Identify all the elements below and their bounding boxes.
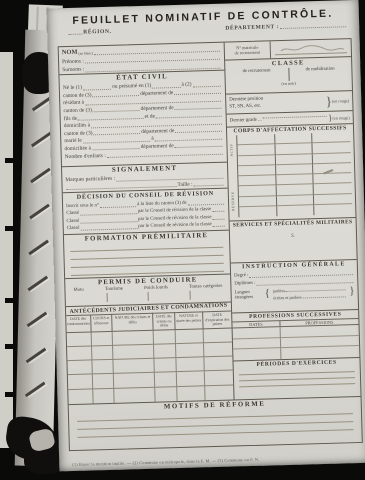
table-cell (154, 344, 176, 359)
matricule-value-area (271, 39, 351, 58)
binding-notch (5, 226, 16, 231)
field-line (71, 263, 224, 268)
stitch-mark (27, 312, 47, 327)
table-cell (67, 346, 92, 361)
periodes-section: PÉRIODES D'EXERCICES (234, 358, 361, 400)
par-conseil-label: par le Conseil de révision de la classe (138, 224, 212, 231)
classe-label: Classé (67, 227, 80, 232)
table-cell (190, 290, 231, 300)
table-cell (314, 204, 352, 215)
page-edge-strip (0, 52, 13, 448)
nombre-enfants-label: Nombre d'enfants : (65, 154, 106, 161)
domicilies-label: domiciliés à (64, 124, 90, 130)
binding-notch (5, 344, 16, 349)
table-cell (155, 373, 177, 388)
surnoms-label: Surnoms : (62, 68, 84, 74)
table-cell (107, 292, 149, 302)
classe-mobilisation-label: de mobilisation (289, 66, 352, 73)
permis-cat-poids-lourds: Poids lourds (144, 285, 168, 291)
classe-recrutement-label: de recrutement (225, 68, 288, 75)
stitch-mark (29, 204, 49, 219)
domiciliee-label: domiciliée à (64, 146, 91, 152)
table-cell (114, 359, 156, 374)
table-cell (92, 360, 114, 375)
stitch-mark (30, 168, 50, 183)
canton-label: canton de (3) (63, 108, 92, 114)
table-cell (204, 328, 232, 343)
region-label: RÉGION. (83, 29, 111, 36)
permis-cat-toutes: Toutes catégories (189, 284, 223, 290)
footnote: (1) Rayer la mention inutile. — (2) Comm… (72, 454, 363, 467)
classe-section: CLASSE de recrutement de mobilisation (e… (225, 57, 352, 95)
table-cell (277, 205, 315, 216)
taille-label: Taille : (177, 182, 192, 188)
field-line (239, 371, 355, 375)
field-line (78, 429, 354, 438)
column-header: COURS et tribunaux (91, 314, 113, 332)
table-cell (239, 206, 277, 217)
professions-section: PROFESSIONS SUCCESSIVES DATES PROFESSION… (232, 310, 359, 361)
table-cell (93, 374, 115, 389)
canton-label: canton de (3) (64, 131, 93, 137)
langues-options: parlées écrites et parlées (270, 284, 350, 300)
column-header: NATURE des crimes et délits (112, 313, 154, 332)
column-header: DATE des crimes ou délits (154, 312, 176, 330)
table-cell (113, 345, 155, 360)
field-line (303, 296, 346, 298)
table-cell (205, 371, 233, 386)
field-line (239, 383, 355, 387)
column-header: NATURE et durée des peines (175, 311, 204, 329)
services-section: SERVICES ET SPÉCIALITÉS MILITAIRES S. (230, 218, 357, 264)
table-cell (233, 349, 281, 361)
left-column: NOM (en blanc) Prénoms : Surnoms : (59, 43, 235, 404)
matricule-label: N° matricule de recrutement (225, 41, 271, 59)
table-cell (281, 346, 359, 359)
table-cell (114, 373, 156, 388)
column-header: DATE d'expiration des peines (203, 311, 232, 329)
table-cell (205, 385, 233, 400)
table-cell (177, 372, 205, 387)
stitch-mark (31, 132, 51, 147)
residant-label: résidant à (63, 101, 84, 107)
table-cell (176, 357, 204, 372)
diplomes-label: Diplômes : (234, 282, 255, 287)
stitch-mark (26, 348, 46, 363)
table-cell (113, 330, 155, 345)
binding-notch (5, 298, 16, 303)
table-cell (156, 387, 178, 402)
right-column: N° matricule de recrutement CLASSE (225, 39, 361, 399)
table-cell (66, 293, 108, 303)
fils-de-label: fils de (64, 116, 77, 122)
departement-de-label: département de (140, 91, 173, 97)
permis-cat-tourisme: Tourisme (105, 287, 123, 293)
form-page: FEUILLET NOMINATIF DE CONTRÔLE. RÉGION. … (47, 0, 365, 471)
derniere-position-note: (en rouge) (332, 98, 349, 103)
table-cell (91, 331, 113, 346)
field-line (81, 229, 138, 232)
services-mark: S. (230, 232, 356, 241)
field-line (194, 185, 224, 187)
professions-body (233, 325, 360, 361)
column-header: DATE des condamnations (66, 314, 91, 332)
nom-label: NOM (62, 50, 78, 57)
binding-notch (5, 158, 16, 163)
field-line (68, 34, 82, 35)
corps-table: ACTIF RÉSERVE (229, 132, 352, 217)
stitch-mark (27, 276, 47, 291)
classe-label: Classé (66, 220, 79, 225)
departement-de-label: département de (141, 129, 174, 135)
antecedents-section: ANTÉCÉDENTS JUDICIAIRES ET CONDAMNATIONS… (66, 303, 234, 405)
motifs-reforme-section: MOTIFS DE RÉFORME (69, 396, 362, 450)
et-de-label: et de (145, 114, 155, 120)
table-cell (155, 358, 177, 373)
classe-label: Classé (66, 212, 79, 217)
corps-affectation-section: CORPS D'AFFECTATION SUCCESSIFS ACTIF RÉS… (227, 124, 356, 221)
formation-premilitaire-section: FORMATION PRÉMILITAIRE (64, 231, 230, 280)
table-cell (67, 361, 92, 376)
table-cell (93, 389, 115, 404)
departement-label: DÉPARTEMENT : (225, 24, 279, 32)
marie-le-label: marié le (64, 139, 82, 145)
etat-civil-section: ÉTAT CIVIL Né le (1) ou présumé en (1) à… (59, 71, 227, 168)
table-cell (175, 329, 203, 344)
table-cell (114, 387, 156, 402)
canton-label: canton de (3) (63, 93, 92, 99)
document-scan: FEUILLET NOMINATIF DE CONTRÔLE. RÉGION. … (0, 0, 365, 480)
table-cell (154, 330, 176, 345)
table-cell (149, 291, 191, 301)
nom-hint: (en blanc) (78, 52, 93, 56)
parlees-label: parlées (273, 289, 285, 294)
table-cell (92, 346, 114, 361)
stitch-mark (25, 382, 45, 397)
table-cell (176, 343, 204, 358)
table-cell (177, 386, 205, 401)
binding-notch (5, 392, 16, 397)
a-label: à (151, 137, 154, 142)
field-line (70, 247, 223, 252)
table-cell (68, 375, 93, 390)
antecedents-body (67, 328, 234, 404)
corps-grid (236, 132, 352, 217)
field-line (107, 154, 223, 158)
field-line (239, 377, 355, 381)
form-box: NOM (en blanc) Prénoms : Surnoms : (58, 38, 363, 451)
corps-reserve-label: RÉSERVE (231, 191, 236, 211)
field-line (71, 255, 224, 260)
table-cell (204, 342, 232, 357)
ecrites-label: écrites et parlées (273, 295, 302, 300)
field-line (77, 413, 353, 422)
table-cell (204, 357, 232, 372)
brace-glyph: } (349, 286, 355, 297)
ne-le-label: Né le (1) (63, 86, 82, 92)
a-label: à (2) (181, 83, 191, 89)
departement-de-label: département de (141, 106, 174, 112)
degre-label: Degré : (234, 274, 248, 279)
field-line (280, 26, 346, 29)
conseil-revision-section: DÉCISION DU CONSEIL DE RÉVISION Inscrit … (63, 189, 229, 236)
field-line (263, 116, 327, 119)
corps-actif-label: ACTIF (229, 143, 233, 156)
matricule-label-line2: de recrutement (225, 50, 270, 57)
table-cell (67, 332, 92, 347)
field-line (213, 226, 225, 227)
departement-de-label: département de (141, 144, 174, 150)
prenoms-label: Prénoms : (62, 59, 84, 65)
permis-cat-moto: Moto (73, 288, 84, 293)
instruction-section: INSTRUCTION GÉNÉRALE Degré : Diplômes : … (231, 260, 358, 313)
table-cell (68, 389, 93, 404)
dernier-grade-note: (en rouge) (332, 115, 349, 120)
inscrit-label: Inscrit sous le n° (66, 204, 99, 210)
dernier-grade-label: Dernier grade ... (230, 117, 262, 123)
ou-presume-label: ou présumé en (1) (112, 84, 151, 90)
stitch-mark (28, 240, 48, 255)
langues-label: Langues étrangères (234, 288, 264, 300)
field-line (77, 421, 353, 430)
